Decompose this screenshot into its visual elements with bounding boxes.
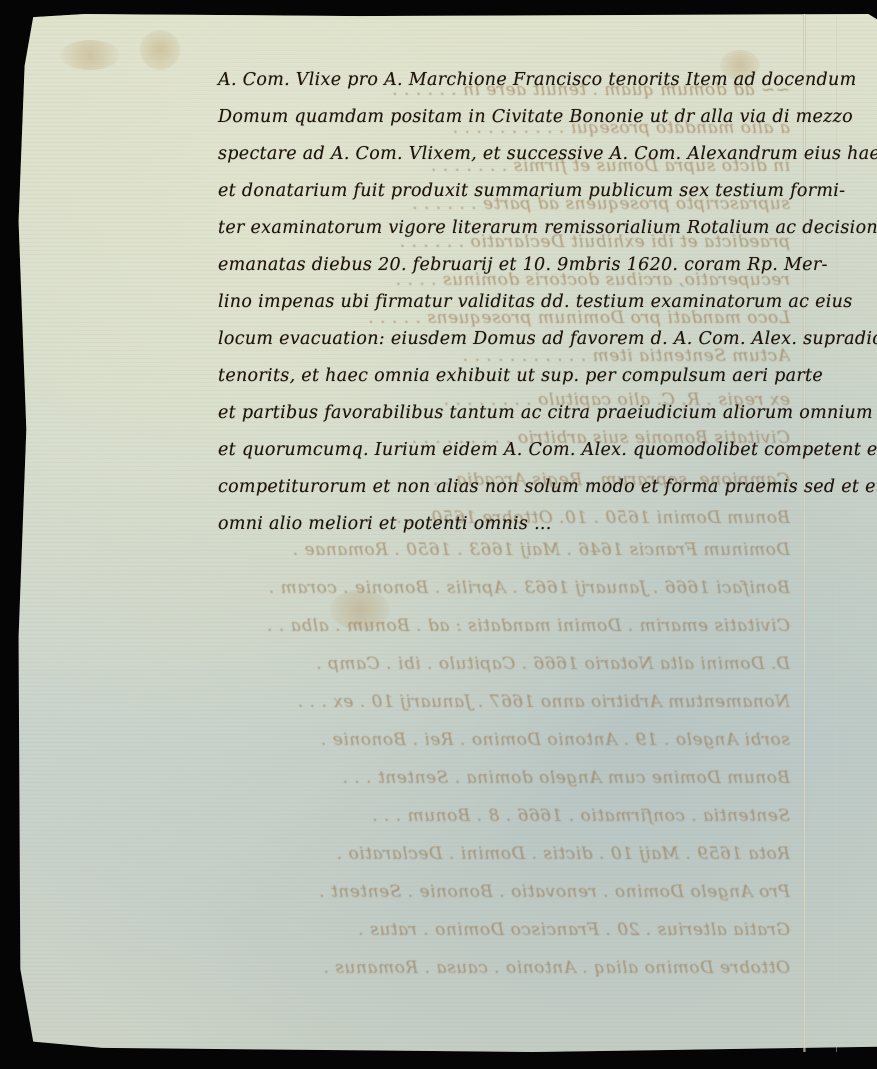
manuscript-line: ter examinatorum vigore literarum remiss… [218,210,808,247]
manuscript-line: Domum quamdam positam in Civitate Bononi… [218,99,808,136]
scan-background: ~~ ad domum quam . tenuit aere in . . . … [0,0,877,1069]
manuscript-text-block: A. Com. Vlixe pro A. Marchione Francisco… [218,62,808,543]
bleed-through-text: Rota 1659 . Maij 10 . dictis . Domini . … [30,844,790,864]
manuscript-line: tenorits, et haec omnia exhibuit ut sup.… [218,358,808,395]
manuscript-line: et donatarium fuit produxit summarium pu… [218,173,808,210]
manuscript-line: A. Com. Vlixe pro A. Marchione Francisco… [218,62,808,99]
manuscript-line: et partibus favorabilibus tantum ac citr… [218,395,808,432]
paper-stain [60,40,120,70]
page-crease-line [836,14,837,1052]
bleed-through-text: Civitatis emarim . Domini mandatis : ad … [30,616,790,636]
manuscript-line: omni alio meliori et potenti omnis ... [218,506,808,543]
manuscript-line: locum evacuation: eiusdem Domus ad favor… [218,321,808,358]
bleed-through-text: Bonum Domine cum Angelo domina . Sentent… [30,768,790,788]
paper-stain [140,30,180,70]
bleed-through-text: Sententia . confirmatio . 1666 . 8 . Bon… [30,806,790,826]
manuscript-line: lino impenas ubi firmatur validitas dd. … [218,284,808,321]
manuscript-line: emanatas diebus 20. februarij et 10. 9mb… [218,247,808,284]
bleed-through-text: Ottobre Domino aliaq . Antonio . causa .… [30,958,790,978]
bleed-through-text: D. Domini alta Notario 1666 . Capitulo .… [30,654,790,674]
bleed-through-text: Bonifaci 1666 . Januarij 1663 . Aprilis … [30,578,790,598]
bleed-through-text: sorbi Angelo . 19 . Antonio Domino . Rei… [30,730,790,750]
bleed-through-text: Gratia alterius . 20 . Francisco Domino … [30,920,790,940]
manuscript-line: competiturorum et non alias non solum mo… [218,469,808,506]
manuscript-line: spectare ad A. Com. Vlixem, et successiv… [218,136,808,173]
bleed-through-text: Nonamentum Arbitrio anno 1667 . Januarij… [30,692,790,712]
bleed-through-text: Pro Angelo Domino . renovatio . Bononie … [30,882,790,902]
manuscript-line: et quorumcumq. Iurium eidem A. Com. Alex… [218,432,808,469]
bleed-through-text: Dominum Francis 1646 . Maij 1663 . 1650 … [30,540,790,560]
